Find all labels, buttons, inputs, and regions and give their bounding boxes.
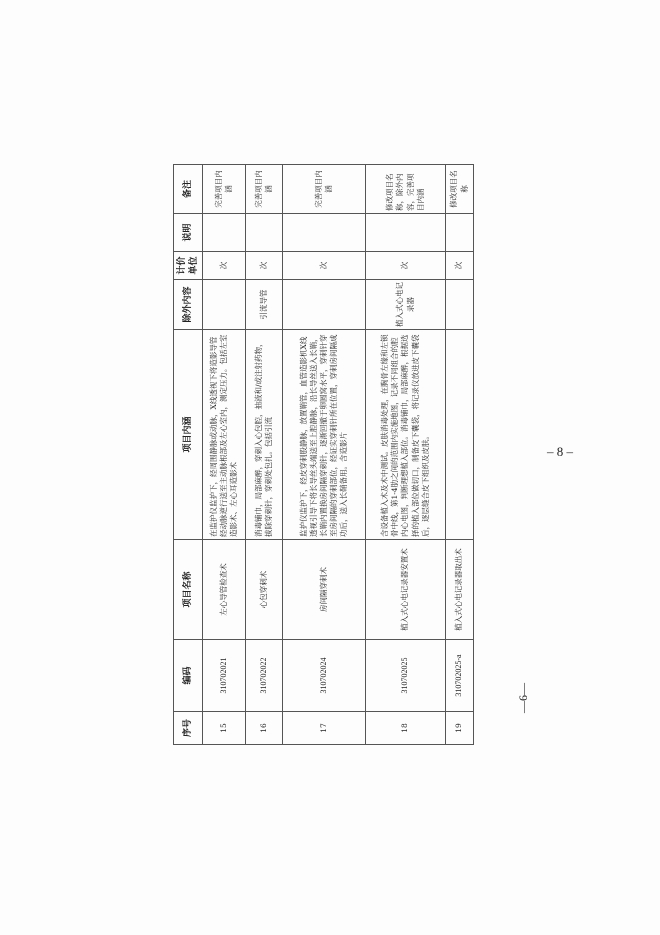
cell-code: 310702024 xyxy=(283,640,366,712)
cell-note xyxy=(446,214,474,252)
cell-unit: 次 xyxy=(246,252,283,280)
cell-content: 在监护仪监护下，经周围静脉或动脉，X线透视下将造影导管经动脉逆行送至主动脉根部及… xyxy=(203,330,246,540)
cell-excluded xyxy=(203,280,246,330)
header-excluded: 除外内容 xyxy=(174,280,203,330)
header-remark: 备注 xyxy=(174,165,203,214)
cell-content: 消毒铺巾，局部麻醉，穿刺入心包腔，抽液和/或注射药物，拔除穿刺针，穿刺处包扎。包… xyxy=(246,330,283,540)
header-name: 项目名称 xyxy=(174,540,203,640)
cell-content: 监护仪监护下，经皮穿刺股静脉，放置鞘管，血管造影机X线透视引导下将长导丝头端送至… xyxy=(283,330,366,540)
cell-content xyxy=(446,330,474,540)
cell-note xyxy=(246,214,283,252)
table-row: 18 310702025 植入式心电记录器安置术 含设备植入术及术中测试。皮肤消… xyxy=(366,165,446,745)
header-seq: 序号 xyxy=(174,712,203,745)
cell-seq: 18 xyxy=(366,712,446,745)
cell-seq: 19 xyxy=(446,712,474,745)
cell-remark: 修改项目名称，除外内容，完善项目内涵 xyxy=(366,165,446,214)
cell-name: 心包穿刺术 xyxy=(246,540,283,640)
table-row: 15 310702021 左心导管检查术 在监护仪监护下，经周围静脉或动脉，X线… xyxy=(203,165,246,745)
cell-content: 含设备植入术及术中测试。皮肤消毒处理，在胸骨左缘和左锁骨中线，第1-4肋之间的范… xyxy=(366,330,446,540)
page-number: – 8 – xyxy=(540,444,580,460)
cell-note xyxy=(366,214,446,252)
cell-remark: 修改项目名称 xyxy=(446,165,474,214)
cell-seq: 16 xyxy=(246,712,283,745)
cell-note xyxy=(283,214,366,252)
rotated-table-sheet: 序号 编码 项目名称 项目内涵 除外内容 计价单位 说明 备注 15 31070… xyxy=(173,165,473,745)
cell-code: 310702025 xyxy=(366,640,446,712)
cell-remark: 完善项目内涵 xyxy=(203,165,246,214)
page-number-rotated: —6— xyxy=(516,678,532,718)
cell-code: 310702025-a xyxy=(446,640,474,712)
cell-unit: 次 xyxy=(366,252,446,280)
cell-unit: 次 xyxy=(446,252,474,280)
header-note: 说明 xyxy=(174,214,203,252)
header-code: 编码 xyxy=(174,640,203,712)
table-header-row: 序号 编码 项目名称 项目内涵 除外内容 计价单位 说明 备注 xyxy=(174,165,203,745)
cell-name: 植入式心电记录器安置术 xyxy=(366,540,446,640)
cell-code: 310702022 xyxy=(246,640,283,712)
cell-name: 房间隔穿刺术 xyxy=(283,540,366,640)
cell-seq: 17 xyxy=(283,712,366,745)
cell-excluded: 植入式心电记录器 xyxy=(366,280,446,330)
cell-remark: 完善项目内涵 xyxy=(283,165,366,214)
cell-unit: 次 xyxy=(203,252,246,280)
fee-table: 序号 编码 项目名称 项目内涵 除外内容 计价单位 说明 备注 15 31070… xyxy=(173,164,474,745)
table-row: 17 310702024 房间隔穿刺术 监护仪监护下，经皮穿刺股静脉，放置鞘管，… xyxy=(283,165,366,745)
cell-code: 310702021 xyxy=(203,640,246,712)
cell-excluded xyxy=(446,280,474,330)
cell-unit: 次 xyxy=(283,252,366,280)
header-content: 项目内涵 xyxy=(174,330,203,540)
cell-remark: 完善项目内涵 xyxy=(246,165,283,214)
header-unit: 计价单位 xyxy=(174,252,203,280)
cell-name: 左心导管检查术 xyxy=(203,540,246,640)
table-row: 16 310702022 心包穿刺术 消毒铺巾，局部麻醉，穿刺入心包腔，抽液和/… xyxy=(246,165,283,745)
cell-note xyxy=(203,214,246,252)
cell-excluded: 引流导管 xyxy=(246,280,283,330)
cell-name: 植入式心电记录器取出术 xyxy=(446,540,474,640)
table-row: 19 310702025-a 植入式心电记录器取出术 次 修改项目名称 xyxy=(446,165,474,745)
cell-seq: 15 xyxy=(203,712,246,745)
cell-excluded xyxy=(283,280,366,330)
